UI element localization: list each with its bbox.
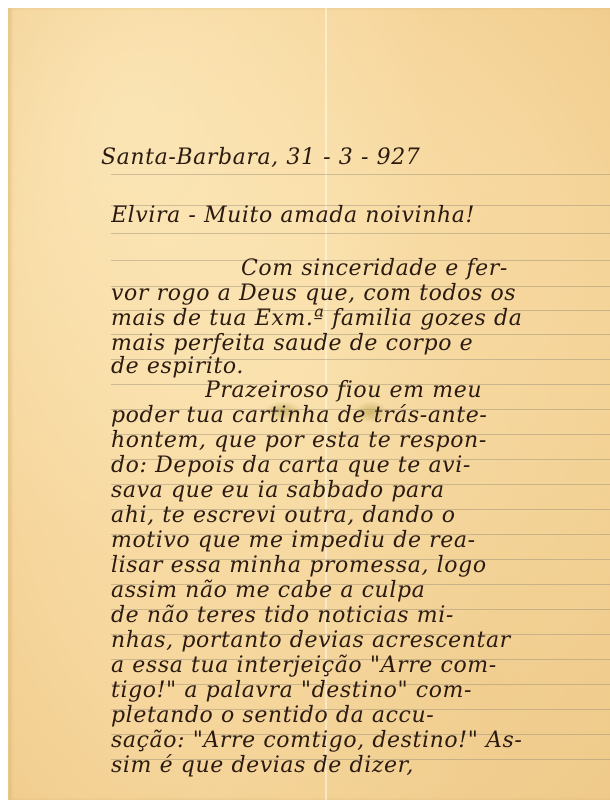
scanned-letter-page: Santa-Barbara, 31 - 3 - 927 Elvira - Mui… — [0, 0, 610, 800]
letter-place-date: Santa-Barbara, 31 - 3 - 927 — [101, 145, 610, 171]
letter-body-line: sava que eu ia sabbado para — [111, 478, 610, 504]
letter-body-line: a essa tua interjeição "Arre com- — [111, 653, 610, 679]
letter-body-line: assim não me cabe a culpa — [111, 578, 610, 604]
ruled-line — [111, 174, 610, 175]
letter-body-line: hontem, que por esta te respon- — [111, 428, 610, 454]
letter-body-line: Prazeiroso fiou em meu — [205, 378, 610, 404]
letter-body-line: do: Depois da carta que te avi- — [111, 453, 610, 479]
letter-body-line: nhas, portanto devias acrescentar — [111, 628, 610, 654]
letter-body-line: lisar essa minha promessa, logo — [111, 553, 610, 579]
ruled-line — [111, 233, 610, 234]
letter-body-line: motivo que me impediu de rea- — [111, 528, 610, 554]
letter-body-line: de não teres tido noticias mi- — [111, 603, 610, 629]
letter-body-line: de espirito. — [111, 354, 610, 380]
letter-body-line: vor rogo a Deus que, com todos os — [111, 281, 610, 307]
letter-body-line: sação: "Arre comtigo, destino!" As- — [111, 728, 610, 754]
letter-body-line: poder tua cartinha de trás-ante- — [111, 403, 610, 429]
letter-body-line: pletando o sentido da accu- — [111, 703, 610, 729]
letter-body-line: Com sinceridade e fer- — [241, 256, 610, 282]
letter-body-line: ahi, te escrevi outra, dando o — [111, 503, 610, 529]
letter-salutation: Elvira - Muito amada noivinha! — [111, 203, 610, 229]
paper-sheet: Santa-Barbara, 31 - 3 - 927 Elvira - Mui… — [8, 8, 610, 800]
letter-body-line: tigo!" a palavra "destino" com- — [111, 678, 610, 704]
letter-body-line: mais de tua Exm.ª familia gozes da — [111, 306, 610, 332]
letter-body-line: sim é que devias de dizer, — [111, 753, 610, 779]
